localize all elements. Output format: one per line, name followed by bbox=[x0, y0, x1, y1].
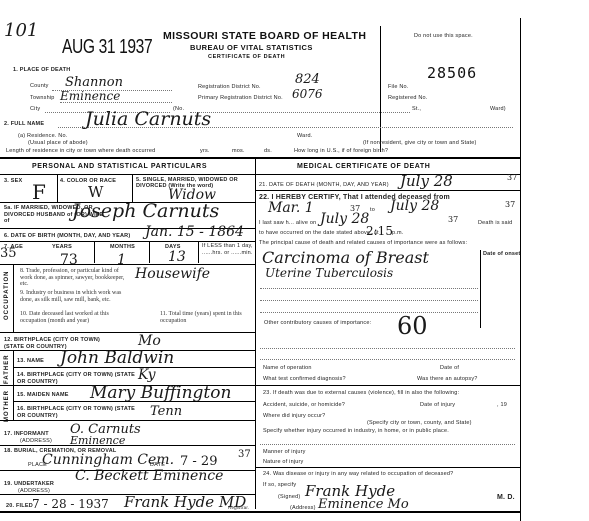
date-of-death-year: 37 bbox=[507, 173, 517, 182]
last-seen-year: 37 bbox=[448, 215, 458, 224]
mother-name-label: 15. MAIDEN NAME bbox=[17, 392, 69, 398]
cause-line bbox=[260, 312, 478, 313]
cause-line bbox=[260, 348, 515, 349]
burial-date-value: 7 - 29 bbox=[180, 454, 217, 469]
burial-year: 37 bbox=[238, 449, 251, 460]
onset-label: Date of onset bbox=[483, 251, 520, 257]
accident-label: Accident, suicide, or homicide? bbox=[263, 402, 345, 408]
days-value: 13 bbox=[168, 249, 186, 265]
cause-line bbox=[260, 300, 478, 301]
county-label: County bbox=[30, 83, 49, 89]
mos-label: mos. bbox=[232, 148, 245, 154]
total-time-label: 11. Total time (years) spent in this occ… bbox=[160, 311, 250, 324]
primary-reg-value: 6076 bbox=[292, 87, 323, 101]
divider bbox=[0, 420, 255, 421]
undertaker-value: C. Beckett Eminence bbox=[75, 468, 223, 484]
months-value: 1 bbox=[117, 252, 126, 268]
physician-address-value: Eminence Mo bbox=[318, 497, 409, 512]
st-label: St., bbox=[412, 106, 421, 112]
age-margin-note: 35 bbox=[0, 246, 17, 261]
residence-sub: (Usual place of abode) bbox=[28, 140, 88, 146]
mother-birthplace-label: 16. BIRTHPLACE (CITY OR TOWN) (STATE OR … bbox=[17, 406, 137, 419]
external-causes-label: 23. If death was due to external causes … bbox=[263, 390, 459, 396]
divider bbox=[255, 467, 520, 468]
industry-label: 9. Industry or business in which work wa… bbox=[20, 290, 130, 303]
father-side-label: FATHER bbox=[4, 354, 10, 384]
address-line bbox=[190, 112, 410, 113]
bottom-border bbox=[0, 511, 520, 513]
other-causes-value: 60 bbox=[397, 312, 428, 340]
divider bbox=[13, 264, 14, 332]
filed-label: 20. FILED bbox=[6, 503, 33, 509]
ward-label-2: Ward. bbox=[297, 133, 312, 139]
cause-2: Uterine Tuberculosis bbox=[265, 266, 393, 280]
less-than-day-label: If LESS than 1 day, ......hrs. or ......… bbox=[202, 243, 254, 256]
years-value: 73 bbox=[60, 252, 78, 268]
injury-year-label: , 19 bbox=[497, 402, 507, 408]
divider bbox=[94, 241, 95, 263]
occupation-related-label: 24. Was disease or injury in any way rel… bbox=[263, 471, 453, 477]
injury-date-label: Date of injury bbox=[420, 402, 455, 408]
full-name-value: Julia Carnuts bbox=[85, 108, 211, 130]
right-border bbox=[520, 18, 521, 521]
date-of-death-value: July 28 bbox=[400, 172, 453, 190]
dob-value: Jan. 15 - 1864 bbox=[145, 224, 244, 240]
last-seen-label: I last saw h... alive on bbox=[259, 220, 316, 226]
header-separator bbox=[0, 157, 520, 159]
race-value: W bbox=[88, 183, 103, 201]
informant-label: 17. INFORMANT bbox=[4, 431, 49, 437]
divider bbox=[0, 445, 255, 446]
divider bbox=[255, 190, 520, 191]
father-name-value: John Baldwin bbox=[60, 348, 174, 368]
place-of-death-label: 1. PLACE OF DEATH bbox=[13, 67, 70, 73]
cause-1: Carcinoma of Breast bbox=[262, 248, 429, 267]
father-birthplace-value: Ky bbox=[138, 367, 155, 383]
board-title: MISSOURI STATE BOARD OF HEALTH bbox=[163, 30, 366, 42]
date-of-death-label: 21. DATE OF DEATH (MONTH, DAY, AND YEAR) bbox=[259, 182, 389, 188]
operation-label: Name of operation bbox=[263, 365, 312, 371]
spouse-value: Joseph Carnuts bbox=[72, 200, 219, 222]
filed-value: 7 - 28 - 1937 bbox=[32, 497, 109, 511]
divider bbox=[13, 367, 255, 368]
primary-reg-label: Primary Registration District No. bbox=[198, 95, 283, 101]
divider bbox=[198, 241, 199, 263]
manner-label: Manner of injury bbox=[263, 449, 306, 455]
undertaker-label: 19. UNDERTAKER bbox=[4, 481, 54, 487]
occurred-time: 2:15 bbox=[366, 224, 393, 238]
county-value: Shannon bbox=[65, 75, 123, 90]
length-residence-label: Length of residence in city or town wher… bbox=[6, 148, 155, 154]
bureau-title: BUREAU OF VITAL STATISTICS bbox=[190, 43, 313, 52]
attended-to-year: 37 bbox=[505, 200, 515, 209]
attended-from-value: Mar. 1 bbox=[268, 200, 314, 216]
confirm-test-label: What test confirmed diagnosis? bbox=[263, 376, 346, 382]
file-number: 28506 bbox=[427, 64, 477, 82]
trade-value: Housewife bbox=[135, 266, 210, 282]
sex-label: 3. SEX bbox=[4, 178, 22, 184]
informant-address-label: (ADDRESS) bbox=[20, 438, 52, 444]
sex-value: F bbox=[32, 180, 46, 204]
father-name-label: 13. NAME bbox=[17, 358, 44, 364]
operation-date-label: Date of bbox=[440, 365, 459, 371]
nature-label: Nature of injury bbox=[263, 459, 304, 465]
occurred-suffix: p.m. bbox=[392, 230, 404, 236]
last-worked-label: 10. Date deceased last worked at this oc… bbox=[20, 311, 130, 324]
occurred-label: to have occurred on the date stated abov… bbox=[259, 230, 379, 236]
onset-divider bbox=[480, 250, 481, 328]
attended-to-value: July 28 bbox=[390, 198, 439, 214]
mother-name-value: Mary Buffington bbox=[90, 383, 231, 403]
where-injury-label: Where did injury occur? bbox=[263, 413, 325, 419]
township-label: Township bbox=[30, 95, 55, 101]
ward-label: Ward) bbox=[490, 106, 506, 112]
divider bbox=[255, 174, 520, 175]
divider bbox=[0, 241, 255, 242]
months-label: MONTHS bbox=[110, 244, 135, 250]
registered-no-label: Registered No. bbox=[388, 95, 428, 101]
registrar-label: Registrar. bbox=[228, 505, 249, 510]
header-divider bbox=[380, 26, 381, 152]
divider bbox=[0, 332, 255, 333]
divider bbox=[132, 174, 133, 202]
cause-intro: The principal cause of death and related… bbox=[259, 240, 467, 246]
column-divider bbox=[255, 159, 256, 509]
autopsy-label: Was there an autopsy? bbox=[417, 376, 478, 382]
divider bbox=[0, 174, 255, 175]
divider bbox=[13, 401, 255, 402]
where-injury-sub: (Specify city or town, county, and State… bbox=[367, 420, 472, 426]
medical-section-title: MEDICAL CERTIFICATE OF DEATH bbox=[297, 163, 430, 170]
mother-side-label: MOTHER bbox=[4, 390, 10, 422]
reg-district-value: 824 bbox=[295, 72, 320, 87]
birthplace-value: Mo bbox=[138, 333, 161, 349]
us-duration-label: How long in U.S., if of foreign birth? bbox=[294, 148, 388, 154]
received-date-stamp: AUG 31 1937 bbox=[62, 36, 152, 59]
personal-section-title: PERSONAL AND STATISTICAL PARTICULARS bbox=[32, 163, 207, 170]
nonresident-note: (If nonresident, give city or town and S… bbox=[363, 140, 477, 146]
residence-label: (a) Residence. No. bbox=[18, 133, 67, 139]
if-so-label: If so, specify bbox=[263, 482, 296, 488]
divider bbox=[255, 385, 520, 386]
divider bbox=[0, 264, 255, 265]
yrs-label: yrs. bbox=[200, 148, 210, 154]
township-value: Eminence bbox=[60, 89, 120, 103]
divider bbox=[149, 241, 150, 263]
to-label: to bbox=[370, 207, 375, 213]
full-name-label: 2. FULL NAME bbox=[4, 121, 44, 127]
divider bbox=[57, 174, 58, 202]
last-seen-value: July 28 bbox=[320, 211, 369, 227]
death-said-label: Death is said bbox=[478, 220, 512, 226]
signed-label: (Signed) bbox=[278, 494, 300, 500]
do-not-use-note: Do not use this space. bbox=[414, 33, 473, 39]
specify-injury-label: Specify whether injury occurred in indus… bbox=[263, 428, 449, 434]
certificate-title: CERTIFICATE OF DEATH bbox=[208, 54, 285, 60]
file-no-label: File No. bbox=[388, 84, 409, 90]
reg-district-label: Registration District No. bbox=[198, 84, 261, 90]
city-label: City bbox=[30, 106, 40, 112]
md-label: M. D. bbox=[497, 494, 515, 501]
other-causes-label: Other contributory causes of importance: bbox=[264, 320, 371, 326]
corner-note: 101 bbox=[4, 20, 38, 41]
ds-label: ds. bbox=[264, 148, 272, 154]
cause-line bbox=[260, 359, 515, 360]
occupation-side-label: OCCUPATION bbox=[4, 271, 10, 320]
cause-line bbox=[260, 288, 478, 289]
trade-label: 8. Trade, profession, or particular kind… bbox=[20, 268, 130, 288]
injury-line bbox=[260, 444, 515, 445]
years-label: YEARS bbox=[52, 244, 72, 250]
dob-label: 6. DATE OF BIRTH (MONTH, DAY, AND YEAR) bbox=[4, 233, 130, 239]
mother-birthplace-value: Tenn bbox=[150, 404, 182, 419]
